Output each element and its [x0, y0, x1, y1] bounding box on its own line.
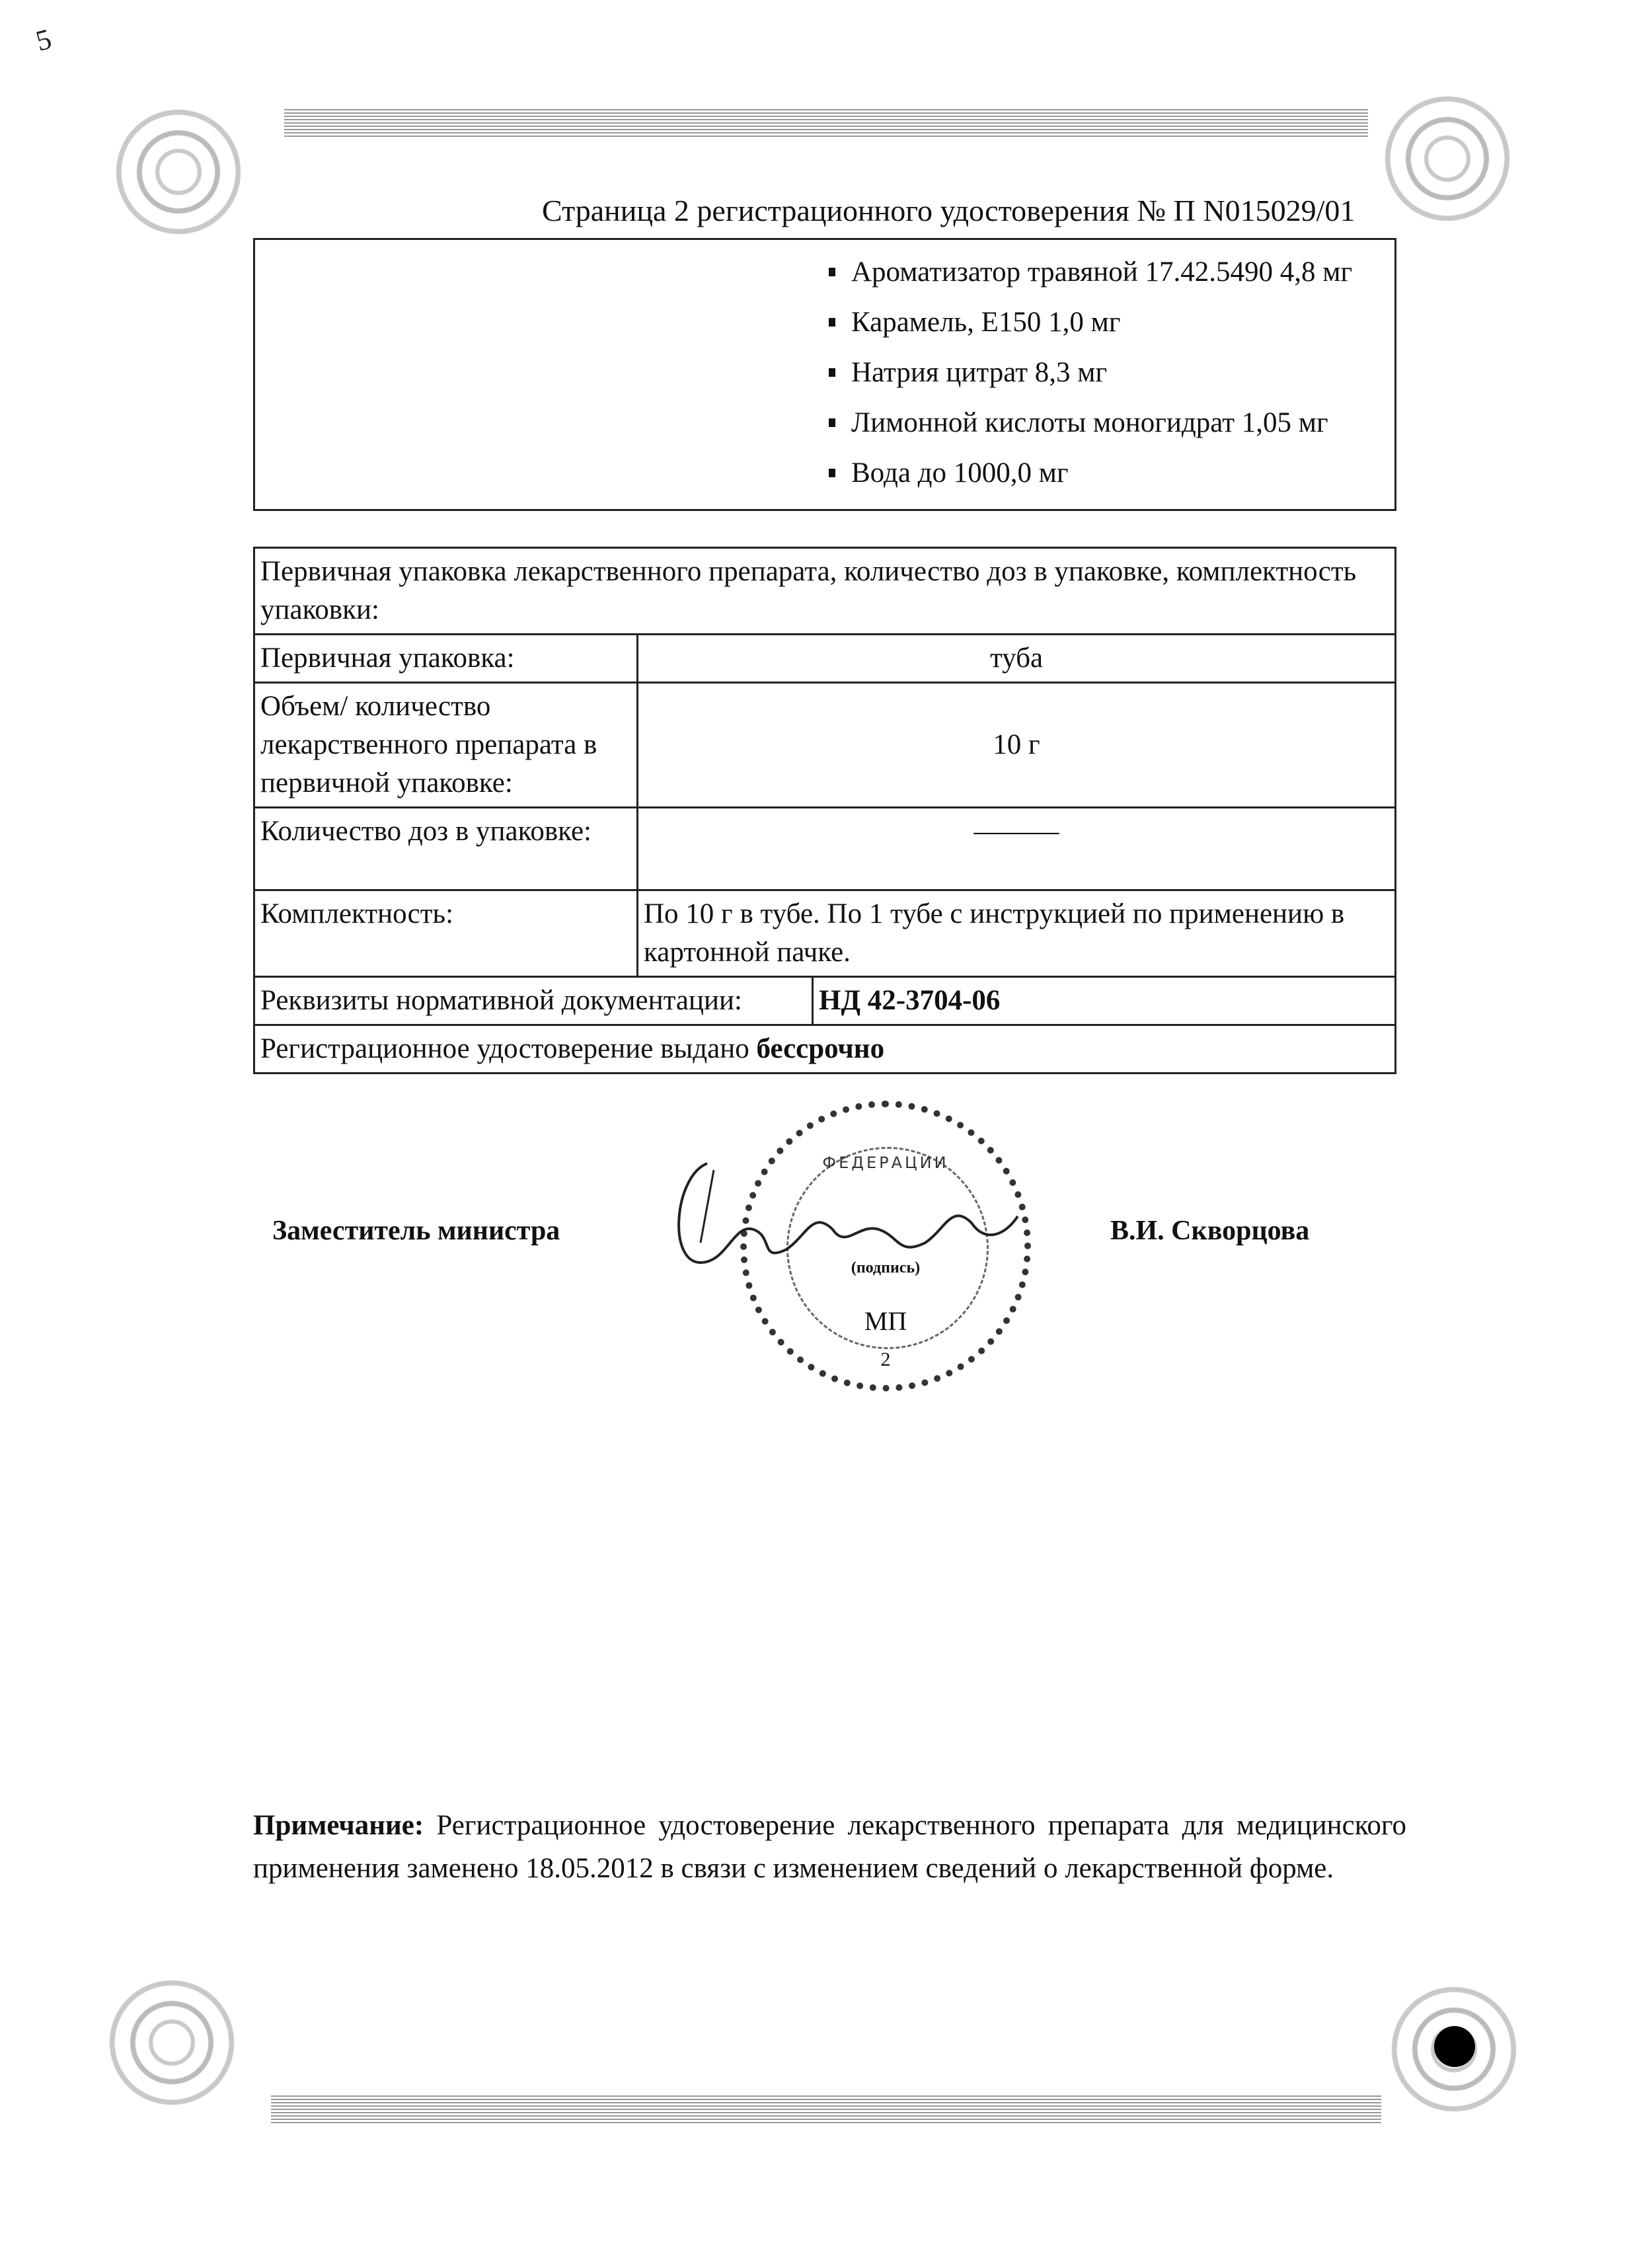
row-value-dose-count: ——— [638, 808, 1396, 890]
row-label-normative: Реквизиты нормативной документации: [254, 977, 813, 1025]
validity-label: Регистрационное удостоверение выдано [260, 1033, 749, 1064]
hole-punch-dot [1434, 2026, 1475, 2067]
composition-item: Ароматизатор травяной 17.42.5490 4,8 мг [829, 253, 1389, 292]
row-value-normative: НД 42-3704-06 [813, 977, 1396, 1025]
composition-item: Карамель, E150 1,0 мг [829, 303, 1389, 342]
signatory-position: Заместитель министра [272, 1215, 560, 1247]
note-text: Регистрационное удостоверение лекарствен… [253, 1810, 1406, 1884]
handwritten-signature-icon [661, 1150, 1031, 1282]
margin-handwritten-mark: 5 [32, 22, 55, 58]
composition-list: Ароматизатор травяной 17.42.5490 4,8 мг … [260, 253, 1389, 492]
note-label: Примечание: [253, 1810, 424, 1841]
row-value-completeness: По 10 г в тубе. По 1 тубе с инструкцией … [638, 890, 1396, 977]
row-validity: Регистрационное удостоверение выдано бес… [254, 1025, 1396, 1074]
row-value-primary-package: туба [638, 635, 1396, 683]
composition-item: Натрия цитрат 8,3 мг [829, 354, 1389, 392]
note-paragraph: Примечание: Регистрационное удостоверени… [253, 1805, 1406, 1890]
row-label-primary-package: Первичная упаковка: [254, 635, 638, 683]
rosette-top-left-icon [106, 99, 251, 245]
packaging-section-title: Первичная упаковка лекарственного препар… [254, 548, 1396, 635]
page-title: Страница 2 регистрационного удостоверени… [542, 193, 1355, 228]
seal-label: МП [747, 1306, 1024, 1337]
composition-table: Ароматизатор травяной 17.42.5490 4,8 мг … [253, 238, 1396, 511]
signatory-name: В.И. Скворцова [1110, 1215, 1309, 1247]
rosette-bottom-left-icon [99, 1970, 245, 2115]
rosette-top-right-icon [1375, 86, 1520, 231]
packaging-table: Первичная упаковка лекарственного препар… [253, 547, 1396, 1074]
composition-item: Вода до 1000,0 мг [829, 454, 1389, 492]
row-value-volume: 10 г [638, 683, 1396, 808]
composition-cell: Ароматизатор травяной 17.42.5490 4,8 мг … [254, 239, 1396, 510]
row-label-volume: Объем/ количество лекарственного препара… [254, 683, 638, 808]
validity-value: бессрочно [757, 1033, 885, 1064]
security-border-top [284, 109, 1368, 137]
row-label-completeness: Комплектность: [254, 890, 638, 977]
seal-number: 2 [747, 1349, 1024, 1371]
row-label-dose-count: Количество доз в упаковке: [254, 808, 638, 890]
security-border-bottom [271, 2095, 1381, 2123]
composition-item: Лимонной кислоты моногидрат 1,05 мг [829, 404, 1389, 442]
